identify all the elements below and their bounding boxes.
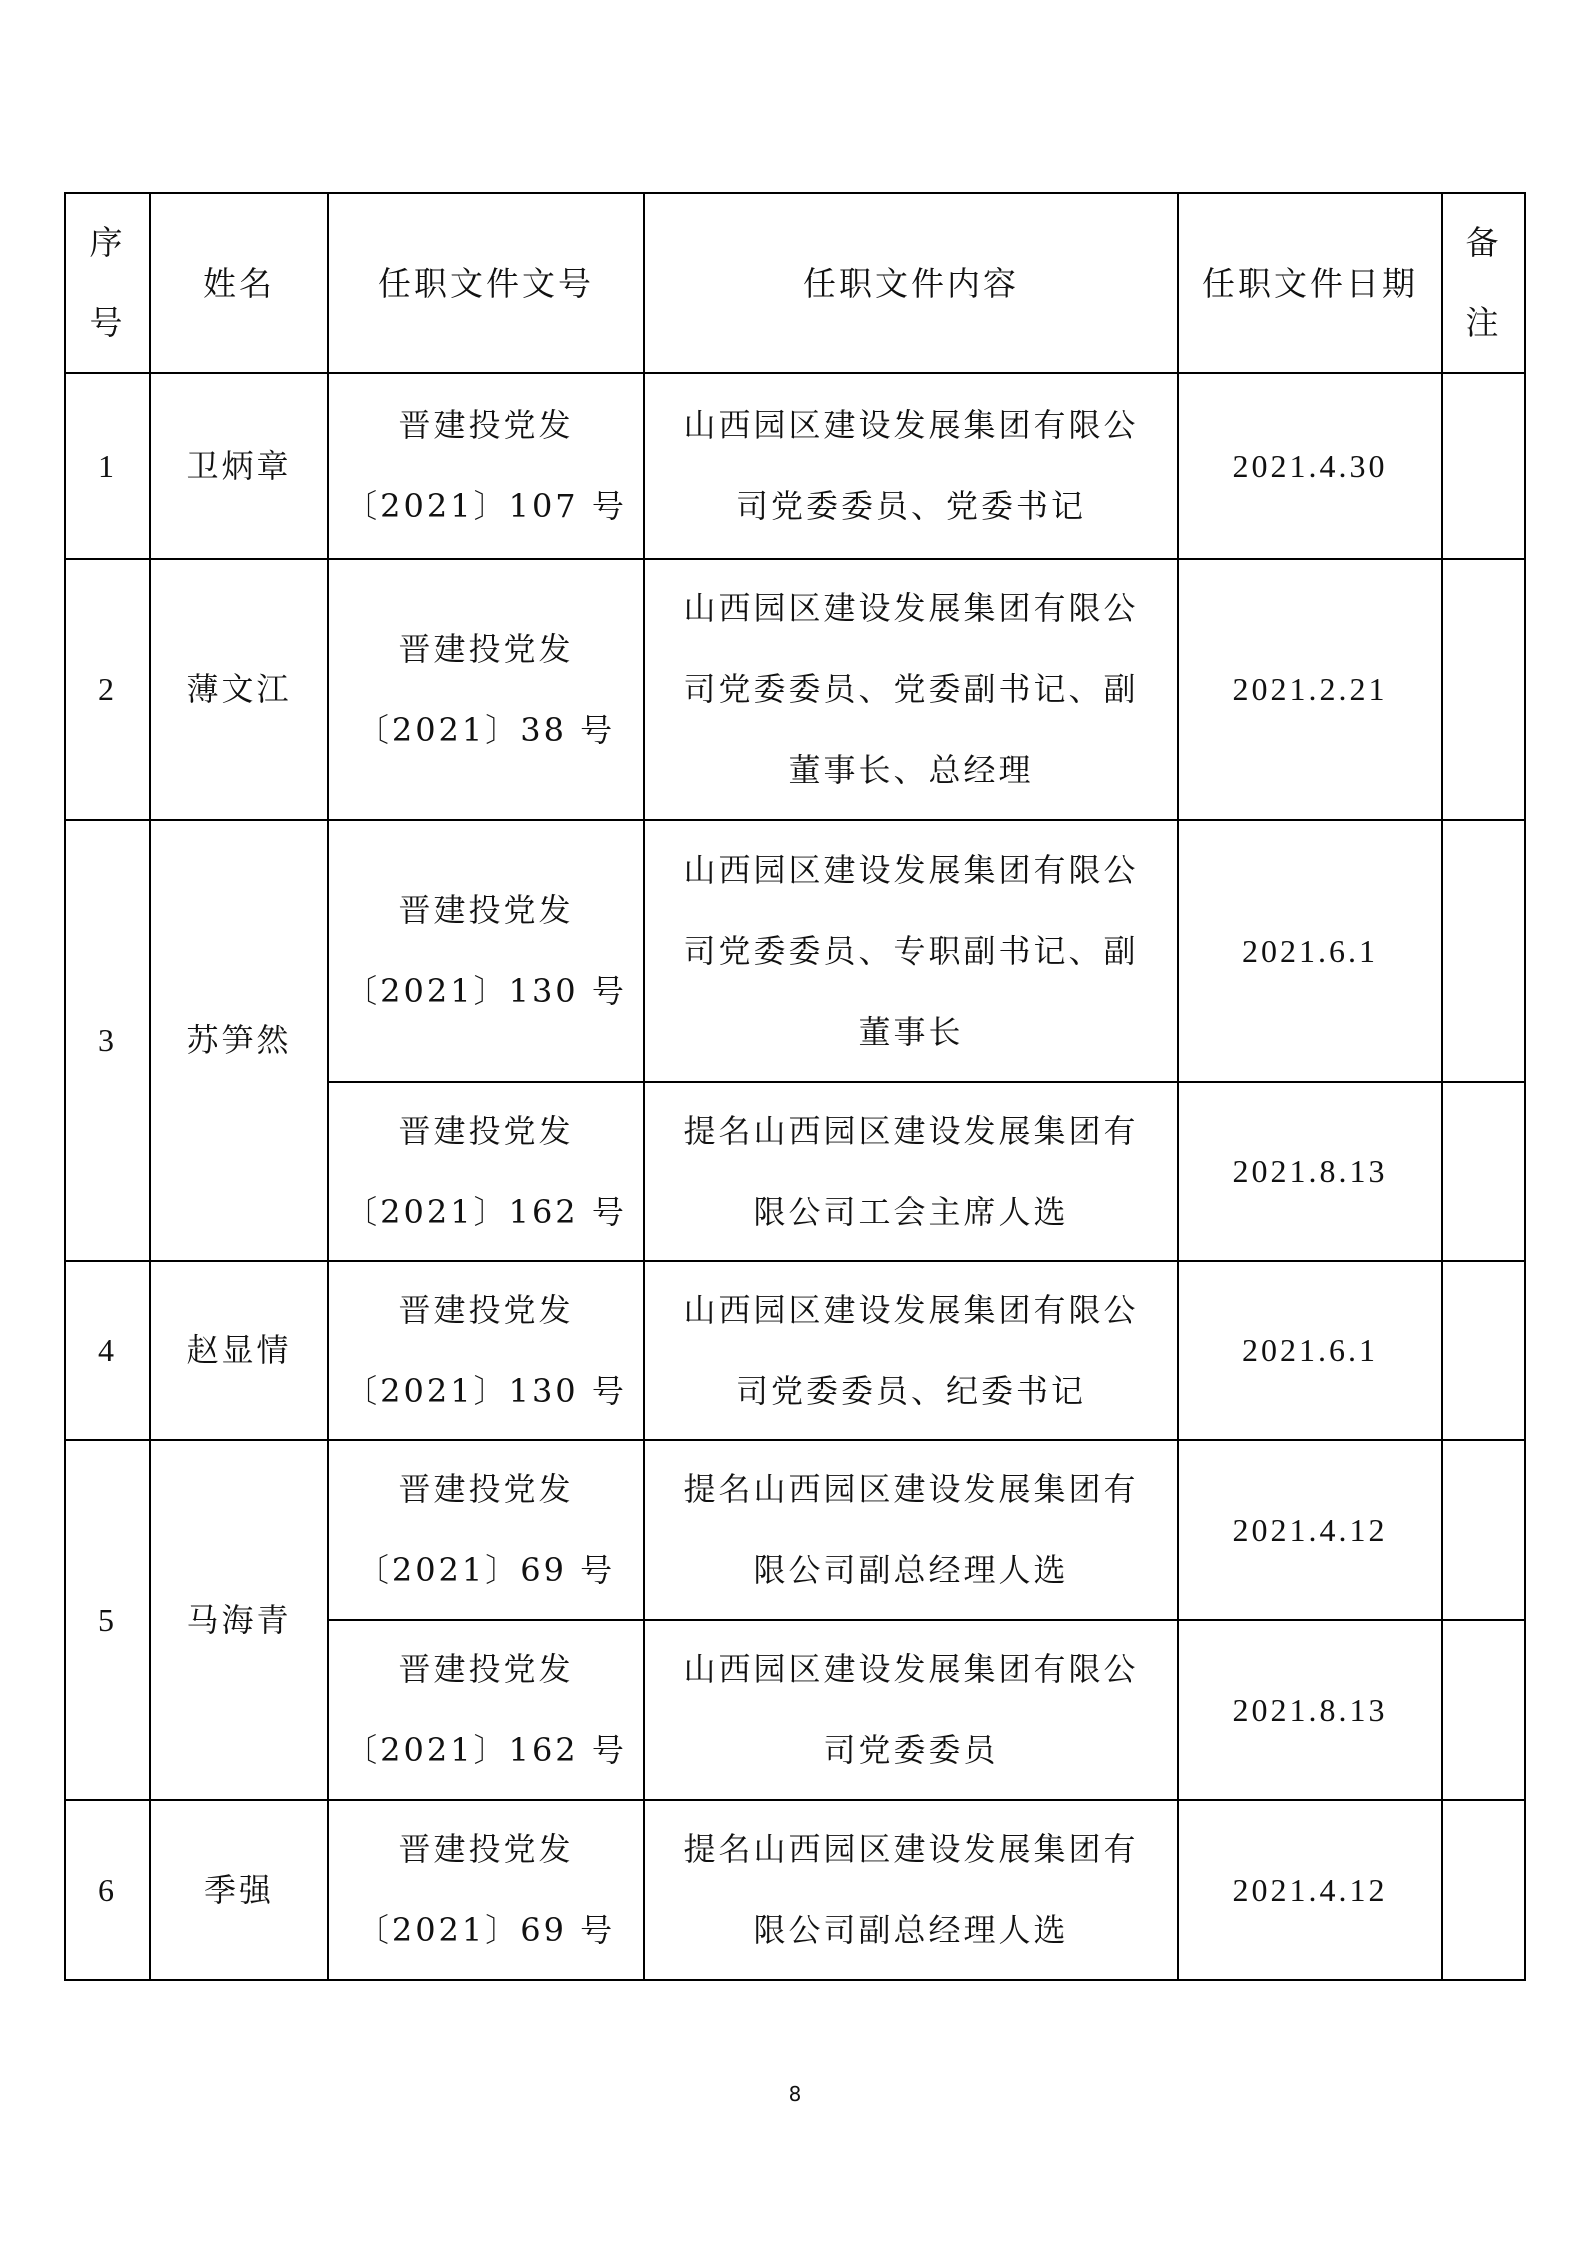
row-content: 山西园区建设发展集团有限公 司党委委员、党委书记 [644, 373, 1178, 559]
row-seq: 4 [65, 1261, 150, 1440]
document-page: 序 号 姓名 任职文件文号 任职文件内容 任职文件日期 备 注 1 [0, 0, 1587, 2245]
doc-no-line: 晋建投党发 [343, 1270, 629, 1351]
doc-no-line: 〔2021〕107 号 [343, 466, 629, 547]
row-date: 2021.2.21 [1178, 559, 1442, 820]
content-line: 限公司副总经理人选 [659, 1530, 1163, 1611]
table-row: 2 薄文江 晋建投党发 〔2021〕38 号 山西园区建设发展集团有限公 司党委… [65, 559, 1525, 820]
row-date: 2021.6.1 [1178, 1261, 1442, 1440]
row-doc-no: 晋建投党发 〔2021〕130 号 [328, 820, 644, 1082]
row-content: 提名山西园区建设发展集团有 限公司副总经理人选 [644, 1800, 1178, 1980]
doc-no-line: 晋建投党发 [343, 870, 629, 951]
doc-no-line: 晋建投党发 [343, 1809, 629, 1890]
content-line: 山西园区建设发展集团有限公 [659, 568, 1163, 649]
doc-no-line: 〔2021〕69 号 [343, 1530, 629, 1611]
row-date: 2021.4.30 [1178, 373, 1442, 559]
doc-no-line: 〔2021〕38 号 [343, 690, 629, 771]
row-name: 薄文江 [150, 559, 328, 820]
content-line: 山西园区建设发展集团有限公 [659, 830, 1163, 911]
header-date: 任职文件日期 [1178, 193, 1442, 373]
header-note-char-2: 注 [1457, 283, 1510, 363]
content-line: 司党委委员 [659, 1710, 1163, 1791]
header-name: 姓名 [150, 193, 328, 373]
doc-no-line: 晋建投党发 [343, 609, 629, 690]
row-note [1442, 1082, 1525, 1261]
content-line: 司党委委员、党委副书记、副 [659, 649, 1163, 730]
header-content: 任职文件内容 [644, 193, 1178, 373]
row-date: 2021.6.1 [1178, 820, 1442, 1082]
row-doc-no: 晋建投党发 〔2021〕107 号 [328, 373, 644, 559]
row-date: 2021.8.13 [1178, 1082, 1442, 1261]
row-note [1442, 1261, 1525, 1440]
content-line: 山西园区建设发展集团有限公 [659, 1270, 1163, 1351]
header-note: 备 注 [1442, 193, 1525, 373]
content-line: 司党委委员、党委书记 [659, 466, 1163, 547]
row-content: 山西园区建设发展集团有限公 司党委委员 [644, 1620, 1178, 1800]
row-content: 山西园区建设发展集团有限公 司党委委员、纪委书记 [644, 1261, 1178, 1440]
doc-no-line: 晋建投党发 [343, 1449, 629, 1530]
table-row: 3 苏笋然 晋建投党发 〔2021〕130 号 山西园区建设发展集团有限公 司党… [65, 820, 1525, 1082]
row-content: 提名山西园区建设发展集团有 限公司副总经理人选 [644, 1440, 1178, 1620]
doc-no-line: 晋建投党发 [343, 1091, 629, 1172]
table-row: 1 卫炳章 晋建投党发 〔2021〕107 号 山西园区建设发展集团有限公 司党… [65, 373, 1525, 559]
row-doc-no: 晋建投党发 〔2021〕130 号 [328, 1261, 644, 1440]
row-name: 马海青 [150, 1440, 328, 1800]
table-row: 6 季强 晋建投党发 〔2021〕69 号 提名山西园区建设发展集团有 限公司副… [65, 1800, 1525, 1980]
content-line: 董事长、总经理 [659, 730, 1163, 811]
doc-no-line: 〔2021〕69 号 [343, 1890, 629, 1971]
header-doc-no: 任职文件文号 [328, 193, 644, 373]
content-line: 限公司工会主席人选 [659, 1172, 1163, 1253]
table-row: 4 赵显情 晋建投党发 〔2021〕130 号 山西园区建设发展集团有限公 司党… [65, 1261, 1525, 1440]
row-content: 提名山西园区建设发展集团有 限公司工会主席人选 [644, 1082, 1178, 1261]
content-line: 董事长 [659, 992, 1163, 1073]
row-note [1442, 1620, 1525, 1800]
page-number: 8 [780, 2082, 810, 2106]
row-name: 季强 [150, 1800, 328, 1980]
row-note [1442, 820, 1525, 1082]
row-note [1442, 373, 1525, 559]
doc-no-line: 〔2021〕130 号 [343, 1351, 629, 1432]
header-seq: 序 号 [65, 193, 150, 373]
row-seq: 1 [65, 373, 150, 559]
header-seq-char-1: 序 [80, 203, 135, 283]
row-date: 2021.4.12 [1178, 1800, 1442, 1980]
content-line: 提名山西园区建设发展集团有 [659, 1449, 1163, 1530]
content-line: 提名山西园区建设发展集团有 [659, 1091, 1163, 1172]
row-name: 卫炳章 [150, 373, 328, 559]
row-doc-no: 晋建投党发 〔2021〕162 号 [328, 1620, 644, 1800]
row-name: 苏笋然 [150, 820, 328, 1261]
row-doc-no: 晋建投党发 〔2021〕162 号 [328, 1082, 644, 1261]
content-line: 提名山西园区建设发展集团有 [659, 1809, 1163, 1890]
row-seq: 3 [65, 820, 150, 1261]
content-line: 山西园区建设发展集团有限公 [659, 385, 1163, 466]
row-note [1442, 559, 1525, 820]
row-doc-no: 晋建投党发 〔2021〕69 号 [328, 1440, 644, 1620]
row-note [1442, 1440, 1525, 1620]
row-seq: 6 [65, 1800, 150, 1980]
content-line: 司党委委员、专职副书记、副 [659, 911, 1163, 992]
doc-no-line: 〔2021〕130 号 [343, 951, 629, 1032]
table-row: 5 马海青 晋建投党发 〔2021〕69 号 提名山西园区建设发展集团有 限公司… [65, 1440, 1525, 1620]
row-note [1442, 1800, 1525, 1980]
content-line: 山西园区建设发展集团有限公 [659, 1629, 1163, 1710]
header-seq-char-2: 号 [80, 283, 135, 363]
header-note-char-1: 备 [1457, 203, 1510, 283]
doc-no-line: 〔2021〕162 号 [343, 1710, 629, 1791]
doc-no-line: 晋建投党发 [343, 1629, 629, 1710]
row-content: 山西园区建设发展集团有限公 司党委委员、专职副书记、副 董事长 [644, 820, 1178, 1082]
row-name: 赵显情 [150, 1261, 328, 1440]
content-line: 限公司副总经理人选 [659, 1890, 1163, 1971]
row-doc-no: 晋建投党发 〔2021〕38 号 [328, 559, 644, 820]
row-seq: 5 [65, 1440, 150, 1800]
appointment-table: 序 号 姓名 任职文件文号 任职文件内容 任职文件日期 备 注 1 [64, 192, 1526, 1981]
doc-no-line: 晋建投党发 [343, 385, 629, 466]
doc-no-line: 〔2021〕162 号 [343, 1172, 629, 1253]
row-date: 2021.4.12 [1178, 1440, 1442, 1620]
table-header-row: 序 号 姓名 任职文件文号 任职文件内容 任职文件日期 备 注 [65, 193, 1525, 373]
row-content: 山西园区建设发展集团有限公 司党委委员、党委副书记、副 董事长、总经理 [644, 559, 1178, 820]
row-date: 2021.8.13 [1178, 1620, 1442, 1800]
content-line: 司党委委员、纪委书记 [659, 1351, 1163, 1432]
row-doc-no: 晋建投党发 〔2021〕69 号 [328, 1800, 644, 1980]
row-seq: 2 [65, 559, 150, 820]
